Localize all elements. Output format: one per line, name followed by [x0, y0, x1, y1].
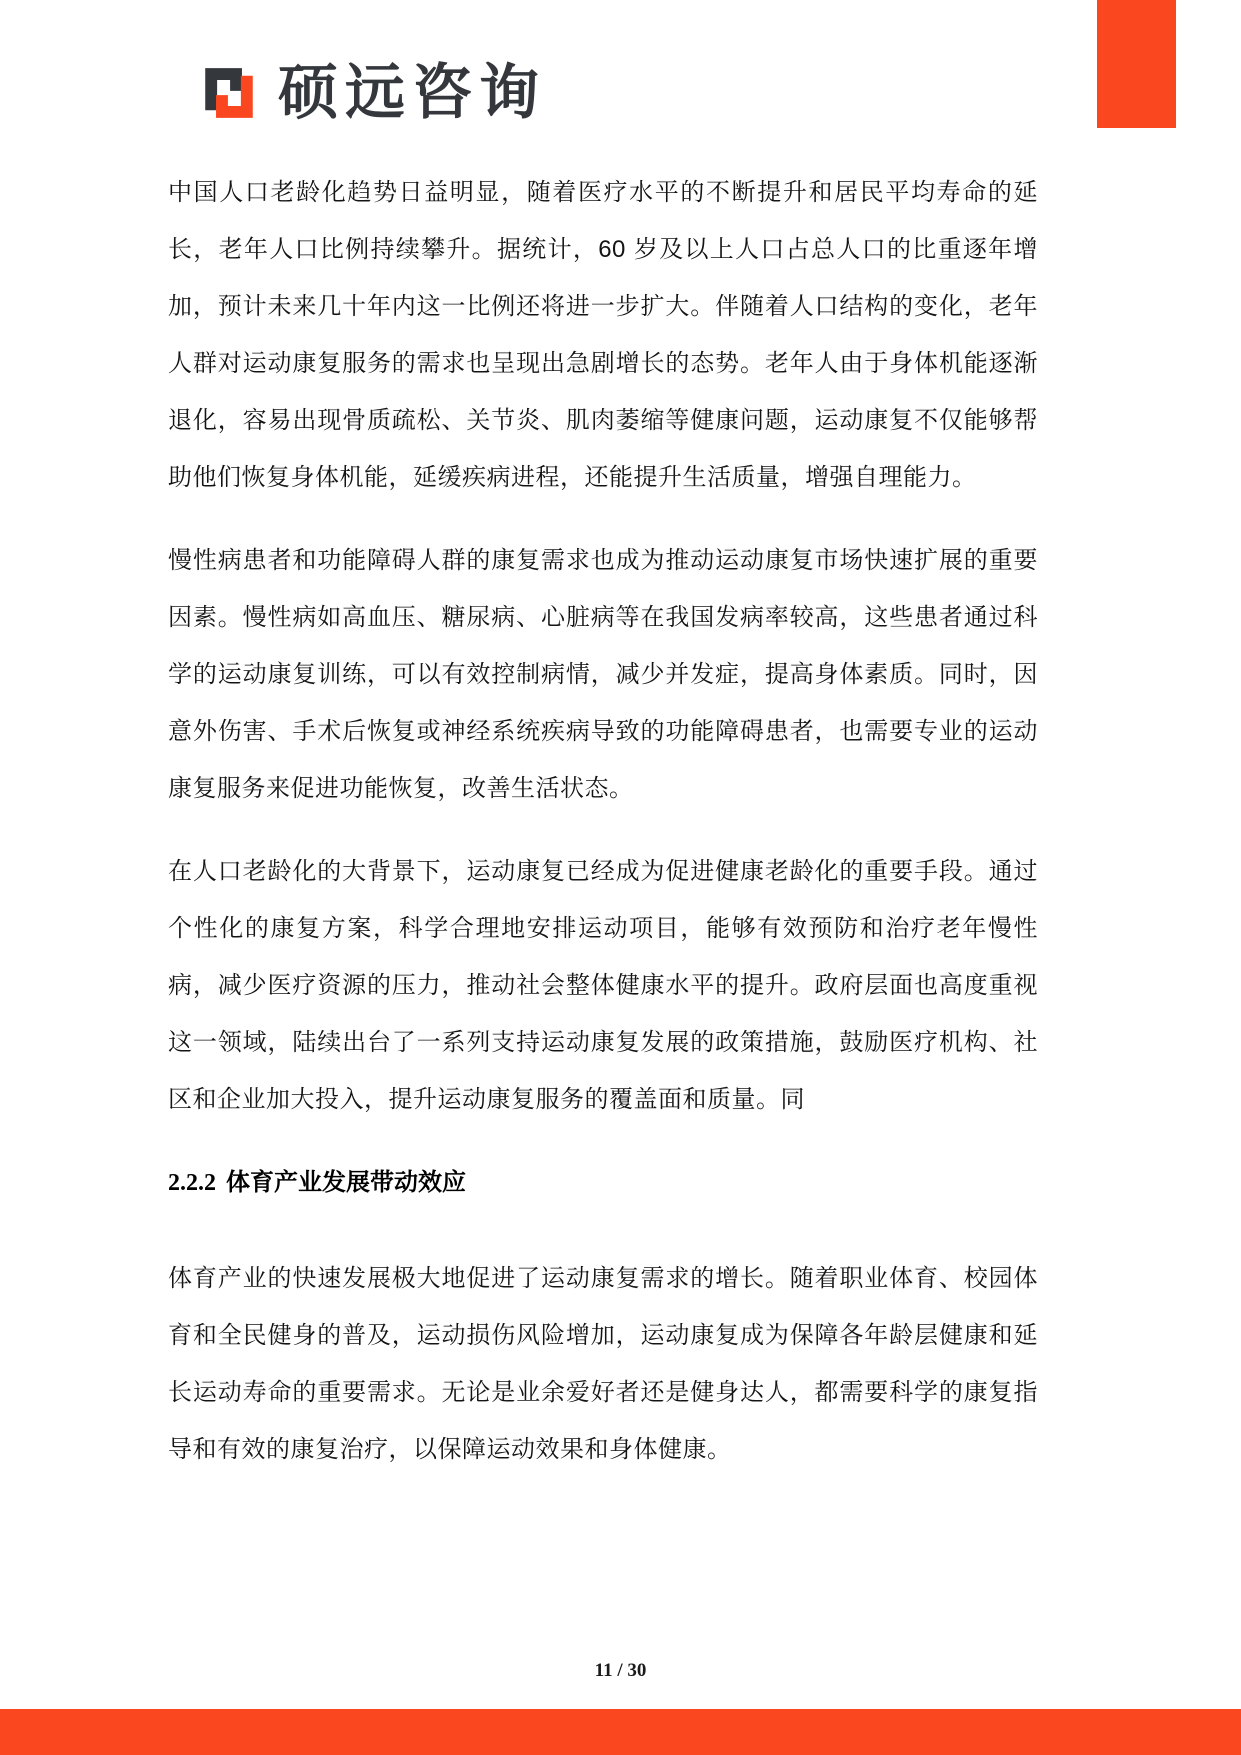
- accent-block-top-right: [1097, 0, 1176, 128]
- brand-logo-icon: [202, 62, 256, 124]
- document-page: 硕远咨询 中国人口老龄化趋势日益明显，随着医疗水平的不断提升和居民平均寿命的延长…: [0, 0, 1241, 1755]
- brand-header: 硕远咨询: [202, 62, 546, 124]
- section-heading-number: 2.2.2: [168, 1170, 216, 1196]
- section-heading: 2.2.2体育产业发展带动效应: [168, 1154, 1038, 1212]
- paragraph-sports-industry: 体育产业的快速发展极大地促进了运动康复需求的增长。随着职业体育、校园体育和全民健…: [168, 1250, 1038, 1478]
- page-footer: 11 / 30: [0, 1660, 1241, 1682]
- paragraph-healthy-aging: 在人口老龄化的大背景下，运动康复已经成为促进健康老龄化的重要手段。通过个性化的康…: [168, 843, 1038, 1128]
- section-heading-title: 体育产业发展带动效应: [226, 1169, 466, 1196]
- paragraph-chronic-disease: 慢性病患者和功能障碍人群的康复需求也成为推动运动康复市场快速扩展的重要因素。慢性…: [168, 532, 1038, 817]
- brand-logo-text: 硕远咨询: [278, 62, 546, 124]
- accent-bar-bottom: [0, 1709, 1241, 1755]
- paragraph-aging-trend: 中国人口老龄化趋势日益明显，随着医疗水平的不断提升和居民平均寿命的延长，老年人口…: [168, 164, 1038, 506]
- page-number: 11 / 30: [595, 1660, 647, 1681]
- page-body: 中国人口老龄化趋势日益明显，随着医疗水平的不断提升和居民平均寿命的延长，老年人口…: [168, 164, 1038, 1504]
